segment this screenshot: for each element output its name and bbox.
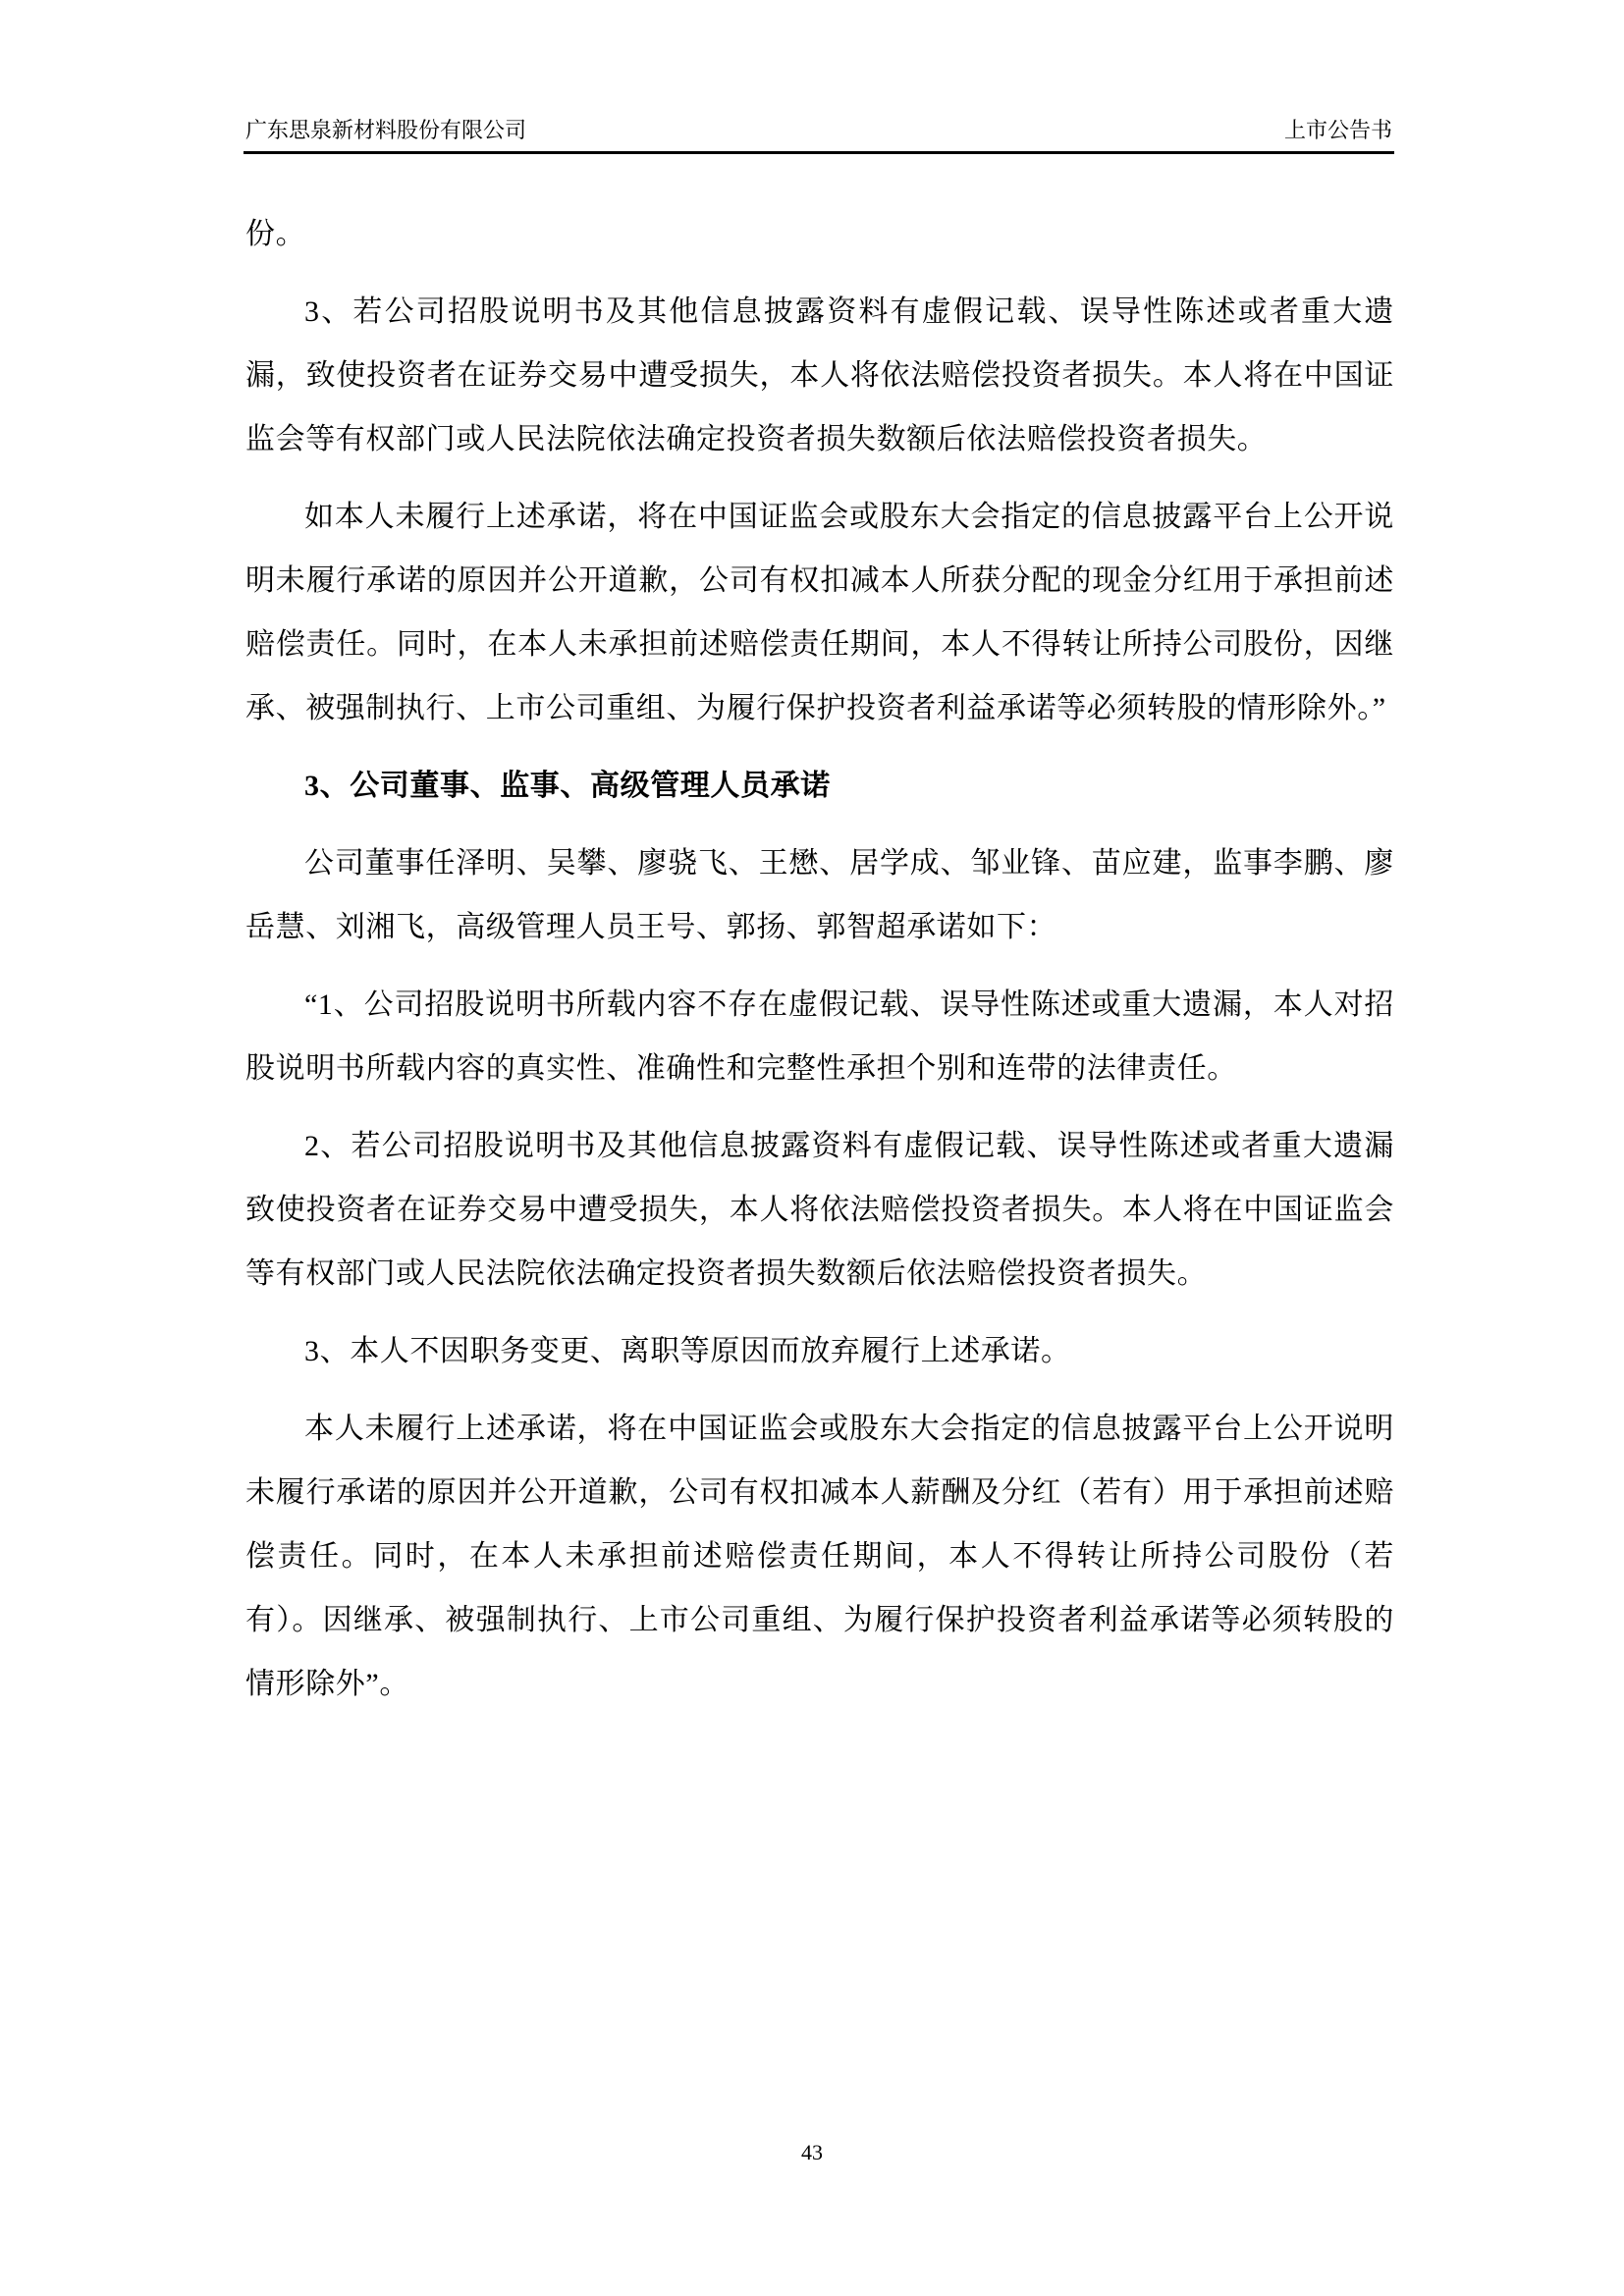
paragraph-commitment-3: 3、本人不因职务变更、离职等原因而放弃履行上述承诺。 [245,1319,1394,1383]
document-body: 份。 3、若公司招股说明书及其他信息披露资料有虚假记载、误导性陈述或者重大遗漏，… [245,202,1394,1730]
paragraph-item-3-compensation: 3、若公司招股说明书及其他信息披露资料有虚假记载、误导性陈述或者重大遗漏，致使投… [245,280,1394,471]
page-header: 广东思泉新材料股份有限公司 上市公告书 [244,116,1394,154]
paragraph-officers-non-fulfillment: 本人未履行上述承诺，将在中国证监会或股东大会指定的信息披露平台上公开说明未履行承… [245,1397,1394,1716]
page-number: 43 [0,2140,1624,2165]
paragraph-officers-list: 公司董事任泽明、吴攀、廖骁飞、王懋、居学成、邹业锋、苗应建，监事李鹏、廖岳慧、刘… [245,831,1394,959]
section-heading: 3、公司董事、监事、高级管理人员承诺 [245,754,1394,818]
header-document-type: 上市公告书 [1284,116,1392,145]
header-company-name: 广东思泉新材料股份有限公司 [245,116,526,145]
paragraph-commitment-1: “1、公司招股说明书所载内容不存在虚假记载、误导性陈述或重大遗漏，本人对招股说明… [245,973,1394,1100]
paragraph-non-fulfillment-remedy: 如本人未履行上述承诺，将在中国证监会或股东大会指定的信息披露平台上公开说明未履行… [245,485,1394,740]
paragraph-commitment-2: 2、若公司招股说明书及其他信息披露资料有虚假记载、误导性陈述或者重大遗漏致使投资… [245,1114,1394,1306]
paragraph-continuation: 份。 [245,202,1394,266]
